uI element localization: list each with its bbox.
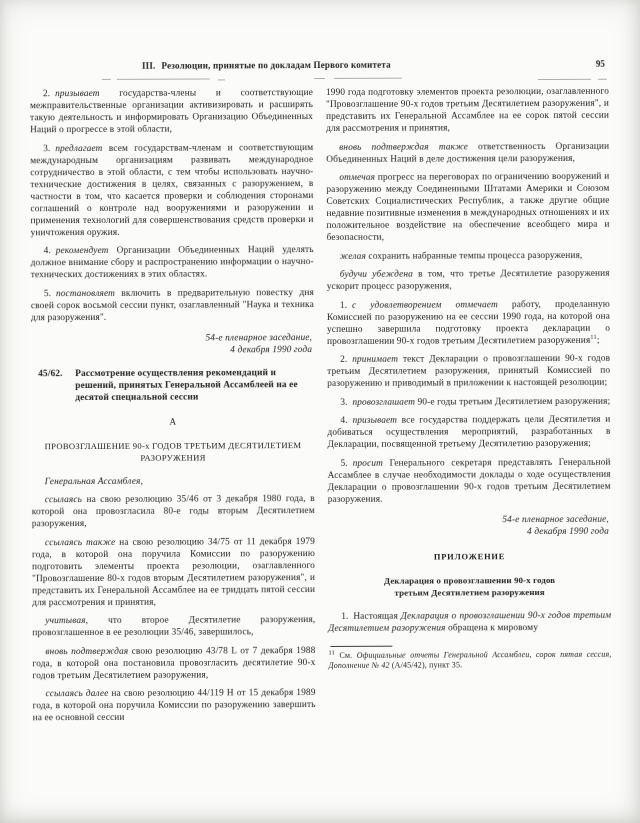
text-segment: 3. [340,397,352,407]
text-segment: обращена к мировому [446,623,539,633]
text-segment: сохранить набранные темпы процесса разор… [366,250,582,261]
text-segment: 3. [43,144,55,154]
text-segment: всем государствам-членам и соответствующ… [30,143,313,238]
text-segment: вновь подтверждая также [339,142,468,153]
text-segment: 54-е пленарное заседание, 4 декабря 1990… [502,514,609,536]
paragraph: вновь подтверждая свою резолюцию 43/78 L… [32,645,315,682]
text-segment: предлагает [55,143,102,153]
paragraph: 54-е пленарное заседание, 4 декабря 1990… [31,332,312,357]
scan-artifact-line [538,79,591,80]
header-title-block: III.Резолюции, принятые по докладам Перв… [94,59,439,71]
footnote: 11 См. Официальные отчеты Генеральной Ас… [328,649,611,672]
text-segment: Генеральная Ассамблея, [45,476,143,486]
paragraph: 1. Настоящая Декларация о провозглашении… [328,609,611,634]
scan-artifact-line [218,79,225,80]
paragraph: 4. призывает все государства поддержать … [327,414,610,451]
text-segment: 1. [340,300,352,310]
text-segment: с удовлетворением отмечает [352,300,498,311]
paragraph: учитывая, что второе Десятилетие разоруж… [32,614,315,639]
text-segment: рекомендует [56,246,109,256]
text-segment: А [169,417,176,427]
text-segment: призывает [55,89,100,99]
text-segment: желая [340,251,366,261]
paragraph: ПРИЛОЖЕНИЕ [328,550,611,563]
paragraph: ссылаясь далее на свою резолюцию 44/119 … [33,687,316,724]
text-segment: просит [353,458,383,468]
paragraph: желая сохранить набранные темпы процесса… [327,249,610,262]
text-segment: будучи убеждена [340,270,413,280]
scan-artifact-line [334,78,402,79]
paragraph: 3. предлагает всем государствам-членам и… [30,142,313,239]
right-column: 1990 года подготовку элементов проекта р… [326,86,612,730]
paragraph: ПРОВОЗГЛАШЕНИЕ 90-х ГОДОВ ТРЕТЬИМ ДЕСЯТИ… [31,439,314,464]
paragraph: отмечая прогресс на переговорах по огран… [326,171,609,244]
text-segment: 4. [340,416,352,426]
footnote-separator [330,645,392,646]
text-segment: провозглашает [352,397,415,407]
chapter-label: III. [142,61,156,71]
page-content: III.Резолюции, принятые по докладам Перв… [0,0,640,823]
text-segment: Декларация о провозглашении 90-х годов т… [384,574,555,597]
text-segment: 5. [341,458,353,468]
text-segment: 4. [44,246,56,256]
text-segment: Официальные отчеты Генеральной Ассамблеи… [328,649,611,670]
text-segment: ПРИЛОЖЕНИЕ [434,552,505,561]
text-segment: 2. [340,355,352,365]
scan-artifact-line [102,79,111,80]
text-segment: постановляет [56,288,115,298]
paragraph: Декларация о провозглашении 90-х годов т… [328,573,611,599]
paragraph: 5. просит Генерального секретаря предста… [328,456,611,505]
paragraph: 2. призывает государства-члены и соответ… [30,87,313,136]
scan-artifact-line [314,78,325,79]
text-segment: См. [335,650,357,659]
paragraph: 54-е пленарное заседание, 4 декабря 1990… [328,513,609,538]
paragraph: будучи убеждена в том, что третье Десяти… [327,268,610,293]
paragraph: 4. рекомендует Организации Объединенных … [31,244,314,281]
two-column-text: 2. призывает государства-члены и соответ… [30,86,612,731]
paragraph: 45/62.Рассмотрение осуществления рекомен… [31,367,314,404]
paragraph: 1. с удовлетворением отмечает работу, пр… [327,298,610,347]
text-segment: 1990 года подготовку элементов проекта р… [326,87,609,134]
text-segment: Рассмотрение осуществления рекомендаций … [75,368,298,403]
text-segment: 54-е пленарное заседание, 4 декабря 1990… [205,333,312,355]
scanned-document-page: III.Резолюции, принятые по докладам Перв… [0,0,640,823]
text-segment: принимает [352,355,398,365]
text-segment: учитывая [45,616,85,626]
scan-artifact-line [598,79,607,80]
text-segment: (А/45/42), пункт 35. [390,661,463,670]
header-title: Резолюции, принятые по докладам Первого … [161,60,390,71]
paragraph: А [31,416,314,429]
text-segment: 5. [44,289,56,299]
text-segment: 2. [43,89,55,99]
left-column: 2. призывает государства-члены и соответ… [30,87,316,731]
text-segment: 90-е годы третьим Десятилетием разоружен… [415,396,610,407]
text-segment: призывает [352,416,397,426]
paragraph: ссылаясь на свою резолюцию 35/46 от 3 де… [32,493,315,530]
text-segment: 1. Настоящая [341,611,401,621]
text-segment: ссылаясь далее [46,689,109,699]
page-number: 95 [596,59,605,69]
paragraph: вновь подтверждая также ответственность … [326,140,609,165]
text-segment: ссылаясь [45,495,82,505]
paragraph: 3. провозглашает 90-е годы третьим Десят… [327,395,610,408]
text-segment: вновь подтверждая [45,646,128,656]
paragraph: 5. постановляет включить в предварительн… [31,287,314,324]
paragraph: ссылаясь также на свою резолюцию 34/75 о… [32,536,315,609]
page-header: III.Резолюции, принятые по докладам Перв… [0,59,639,76]
paragraph: 2. принимает текст Декларации о провозгл… [327,353,610,390]
paragraph: Генеральная Ассамблея, [32,475,315,488]
text-segment: ПРОВОЗГЛАШЕНИЕ 90-х ГОДОВ ТРЕТЬИМ ДЕСЯТИ… [45,440,302,463]
text-segment: ; [597,335,600,345]
text-segment: 45/62. [38,368,62,380]
text-segment: ссылаясь также [45,537,115,547]
text-segment: отмечая [339,173,375,183]
paragraph: 1990 года подготовку элементов проекта р… [326,86,609,135]
scan-artifact-line [117,78,210,79]
